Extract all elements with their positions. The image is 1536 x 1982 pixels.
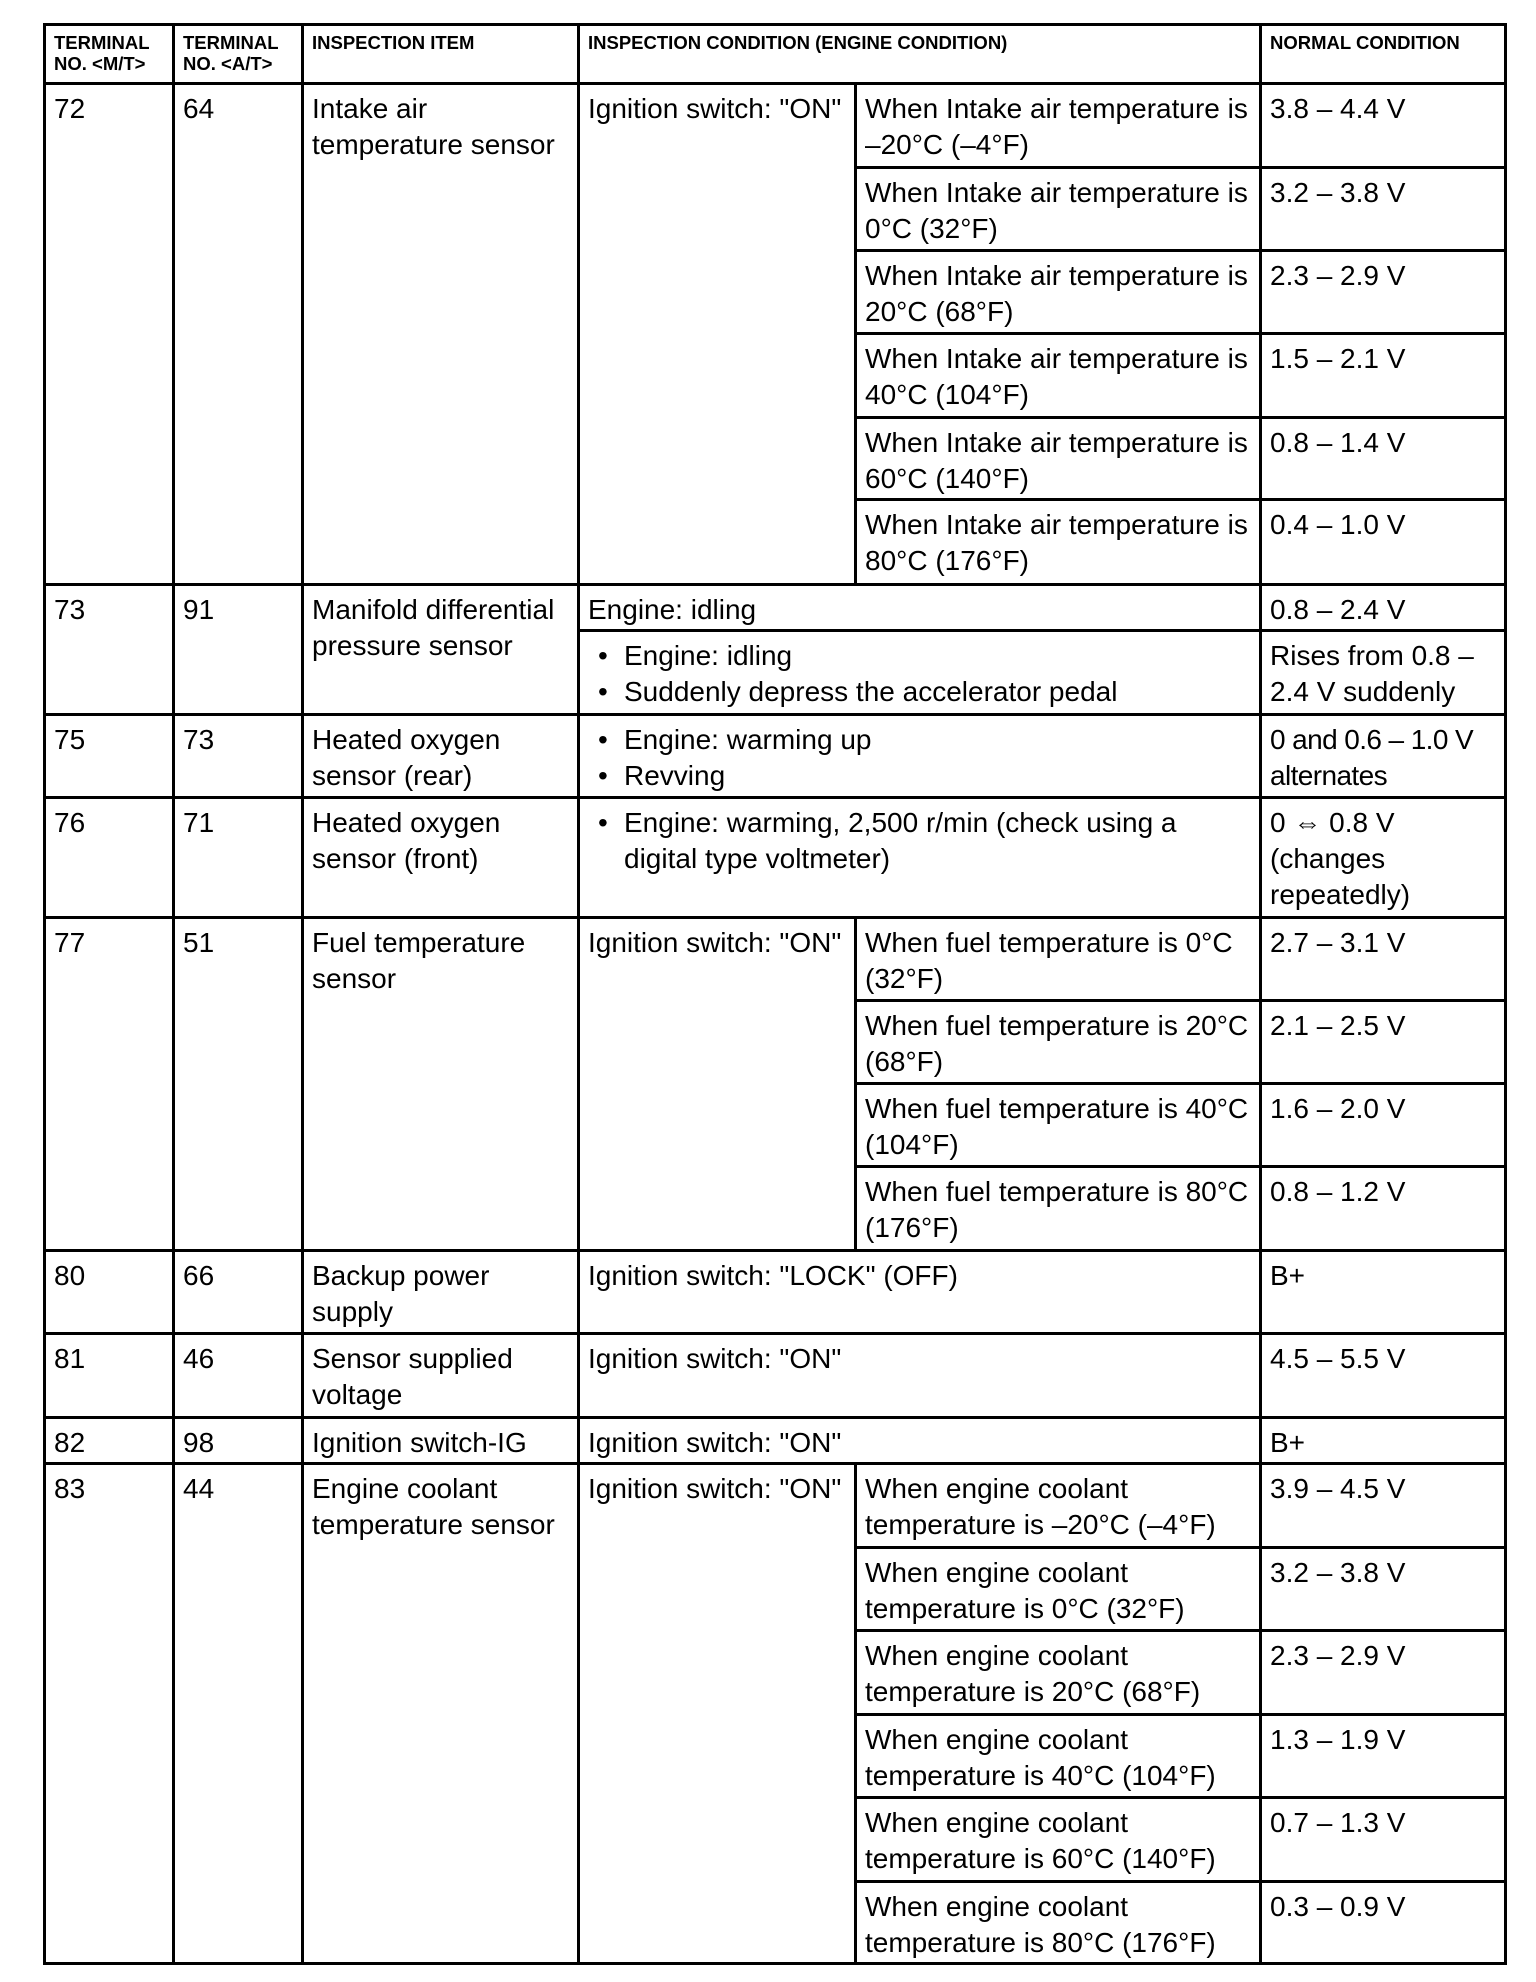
terminal-at: 44 — [174, 1464, 303, 1964]
sub-condition: When engine coolant temperature is 20°C … — [856, 1631, 1261, 1715]
inspection-item: Backup power supply — [303, 1251, 579, 1334]
sub-condition: When Intake air temperature is 0°C (32°F… — [856, 168, 1261, 251]
inspection-item: Fuel temperature sensor — [303, 918, 579, 1251]
normal-condition: 2.7 – 3.1 V — [1261, 918, 1506, 1001]
table-row: 81 46 Sensor supplied voltage Ignition s… — [45, 1334, 1506, 1418]
sub-condition: When fuel temperature is 80°C (176°F) — [856, 1167, 1261, 1251]
normal-condition: 3.2 – 3.8 V — [1261, 1548, 1506, 1631]
bullet-item: Engine: idling — [624, 638, 1251, 674]
terminal-mt: 75 — [45, 715, 174, 798]
terminal-mt: 76 — [45, 798, 174, 918]
bullet-item: Suddenly depress the accelerator pedal — [624, 674, 1251, 710]
terminal-mt: 82 — [45, 1418, 174, 1464]
header-inspection-condition: INSPECTION CONDITION (ENGINE CONDITION) — [579, 25, 1261, 84]
terminal-at: 46 — [174, 1334, 303, 1418]
table-row: 72 64 Intake air temperature sensor Igni… — [45, 84, 1506, 168]
sub-condition: When Intake air temperature is 80°C (176… — [856, 500, 1261, 585]
inspection-condition: Ignition switch: "LOCK" (OFF) — [579, 1251, 1261, 1334]
normal-condition: 2.1 – 2.5 V — [1261, 1001, 1506, 1084]
terminal-mt: 73 — [45, 585, 174, 715]
sub-condition: When engine coolant temperature is 0°C (… — [856, 1548, 1261, 1631]
inspection-condition: Ignition switch: "ON" — [579, 918, 856, 1251]
inspection-item: Manifold differential pressure sensor — [303, 585, 579, 715]
header-inspection-item: INSPECTION ITEM — [303, 25, 579, 84]
sub-condition: When fuel temperature is 20°C (68°F) — [856, 1001, 1261, 1084]
normal-condition: 0.4 – 1.0 V — [1261, 500, 1506, 585]
inspection-table: TERMINAL NO. <M/T> TERMINAL NO. <A/T> IN… — [43, 23, 1507, 1965]
normal-condition: 0.8 – 2.4 V — [1261, 585, 1506, 631]
inspection-item: Engine coolant temperature sensor — [303, 1464, 579, 1964]
terminal-at: 73 — [174, 715, 303, 798]
terminal-at: 98 — [174, 1418, 303, 1464]
table-row: 75 73 Heated oxygen sensor (rear) Engine… — [45, 715, 1506, 798]
header-terminal-at: TERMINAL NO. <A/T> — [174, 25, 303, 84]
header-terminal-mt: TERMINAL NO. <M/T> — [45, 25, 174, 84]
terminal-at: 66 — [174, 1251, 303, 1334]
inspection-item: Sensor supplied voltage — [303, 1334, 579, 1418]
sub-condition: When Intake air temperature is 20°C (68°… — [856, 251, 1261, 334]
normal-condition: 1.3 – 1.9 V — [1261, 1715, 1506, 1798]
sub-condition: When Intake air temperature is –20°C (–4… — [856, 84, 1261, 168]
terminal-at: 64 — [174, 84, 303, 585]
sub-condition: When Intake air temperature is 60°C (140… — [856, 418, 1261, 500]
inspection-item: Ignition switch-IG — [303, 1418, 579, 1464]
inspection-condition: Engine: warming, 2,500 r/min (check usin… — [579, 798, 1261, 918]
normal-condition: 2.3 – 2.9 V — [1261, 251, 1506, 334]
inspection-item: Intake air temperature sensor — [303, 84, 579, 585]
table-row: 82 98 Ignition switch-IG Ignition switch… — [45, 1418, 1506, 1464]
table-row: 80 66 Backup power supply Ignition switc… — [45, 1251, 1506, 1334]
inspection-condition: Ignition switch: "ON" — [579, 1464, 856, 1964]
table-row: 76 71 Heated oxygen sensor (front) Engin… — [45, 798, 1506, 918]
normal-condition: 3.8 – 4.4 V — [1261, 84, 1506, 168]
bullet-item: Engine: warming, 2,500 r/min (check usin… — [624, 805, 1251, 877]
normal-condition: B+ — [1261, 1251, 1506, 1334]
inspection-item: Heated oxygen sensor (front) — [303, 798, 579, 918]
inspection-condition: Engine: idling — [579, 585, 1261, 631]
header-row: TERMINAL NO. <M/T> TERMINAL NO. <A/T> IN… — [45, 25, 1506, 84]
normal-condition: 2.3 – 2.9 V — [1261, 1631, 1506, 1715]
table-row: 83 44 Engine coolant temperature sensor … — [45, 1464, 1506, 1548]
normal-condition: 3.9 – 4.5 V — [1261, 1464, 1506, 1548]
bullet-item: Revving — [624, 758, 1251, 794]
table-row: 77 51 Fuel temperature sensor Ignition s… — [45, 918, 1506, 1001]
normal-condition: 0 ⇔ 0.8 V (changes repeatedly) — [1261, 798, 1506, 918]
inspection-condition: Engine: warming upRevving — [579, 715, 1261, 798]
bullet-item: Engine: warming up — [624, 722, 1251, 758]
normal-condition: 0.3 – 0.9 V — [1261, 1882, 1506, 1964]
inspection-condition: Ignition switch: "ON" — [579, 1418, 1261, 1464]
normal-condition: 1.6 – 2.0 V — [1261, 1084, 1506, 1167]
terminal-mt: 72 — [45, 84, 174, 585]
sub-condition: When engine coolant temperature is –20°C… — [856, 1464, 1261, 1548]
sub-condition: When engine coolant temperature is 80°C … — [856, 1882, 1261, 1964]
terminal-mt: 77 — [45, 918, 174, 1251]
inspection-condition: Ignition switch: "ON" — [579, 1334, 1261, 1418]
normal-condition: B+ — [1261, 1418, 1506, 1464]
header-normal-condition: NORMAL CONDITION — [1261, 25, 1506, 84]
terminal-mt: 83 — [45, 1464, 174, 1964]
sub-condition: When fuel temperature is 0°C (32°F) — [856, 918, 1261, 1001]
terminal-at: 91 — [174, 585, 303, 715]
normal-condition: 3.2 – 3.8 V — [1261, 168, 1506, 251]
terminal-at: 51 — [174, 918, 303, 1251]
terminal-mt: 81 — [45, 1334, 174, 1418]
normal-condition: 0.7 – 1.3 V — [1261, 1798, 1506, 1882]
inspection-item: Heated oxygen sensor (rear) — [303, 715, 579, 798]
sub-condition: When fuel temperature is 40°C (104°F) — [856, 1084, 1261, 1167]
normal-condition: 4.5 – 5.5 V — [1261, 1334, 1506, 1418]
normal-condition: 0.8 – 1.2 V — [1261, 1167, 1506, 1251]
terminal-at: 71 — [174, 798, 303, 918]
normal-condition: Rises from 0.8 – 2.4 V suddenly — [1261, 631, 1506, 715]
inspection-condition: Ignition switch: "ON" — [579, 84, 856, 585]
inspection-condition: Engine: idlingSuddenly depress the accel… — [579, 631, 1261, 715]
terminal-mt: 80 — [45, 1251, 174, 1334]
sub-condition: When Intake air temperature is 40°C (104… — [856, 334, 1261, 418]
normal-condition: 0 and 0.6 – 1.0 V alternates — [1261, 715, 1506, 798]
normal-condition: 0.8 – 1.4 V — [1261, 418, 1506, 500]
sub-condition: When engine coolant temperature is 60°C … — [856, 1798, 1261, 1882]
sub-condition: When engine coolant temperature is 40°C … — [856, 1715, 1261, 1798]
table-row: 73 91 Manifold differential pressure sen… — [45, 585, 1506, 631]
normal-condition: 1.5 – 2.1 V — [1261, 334, 1506, 418]
